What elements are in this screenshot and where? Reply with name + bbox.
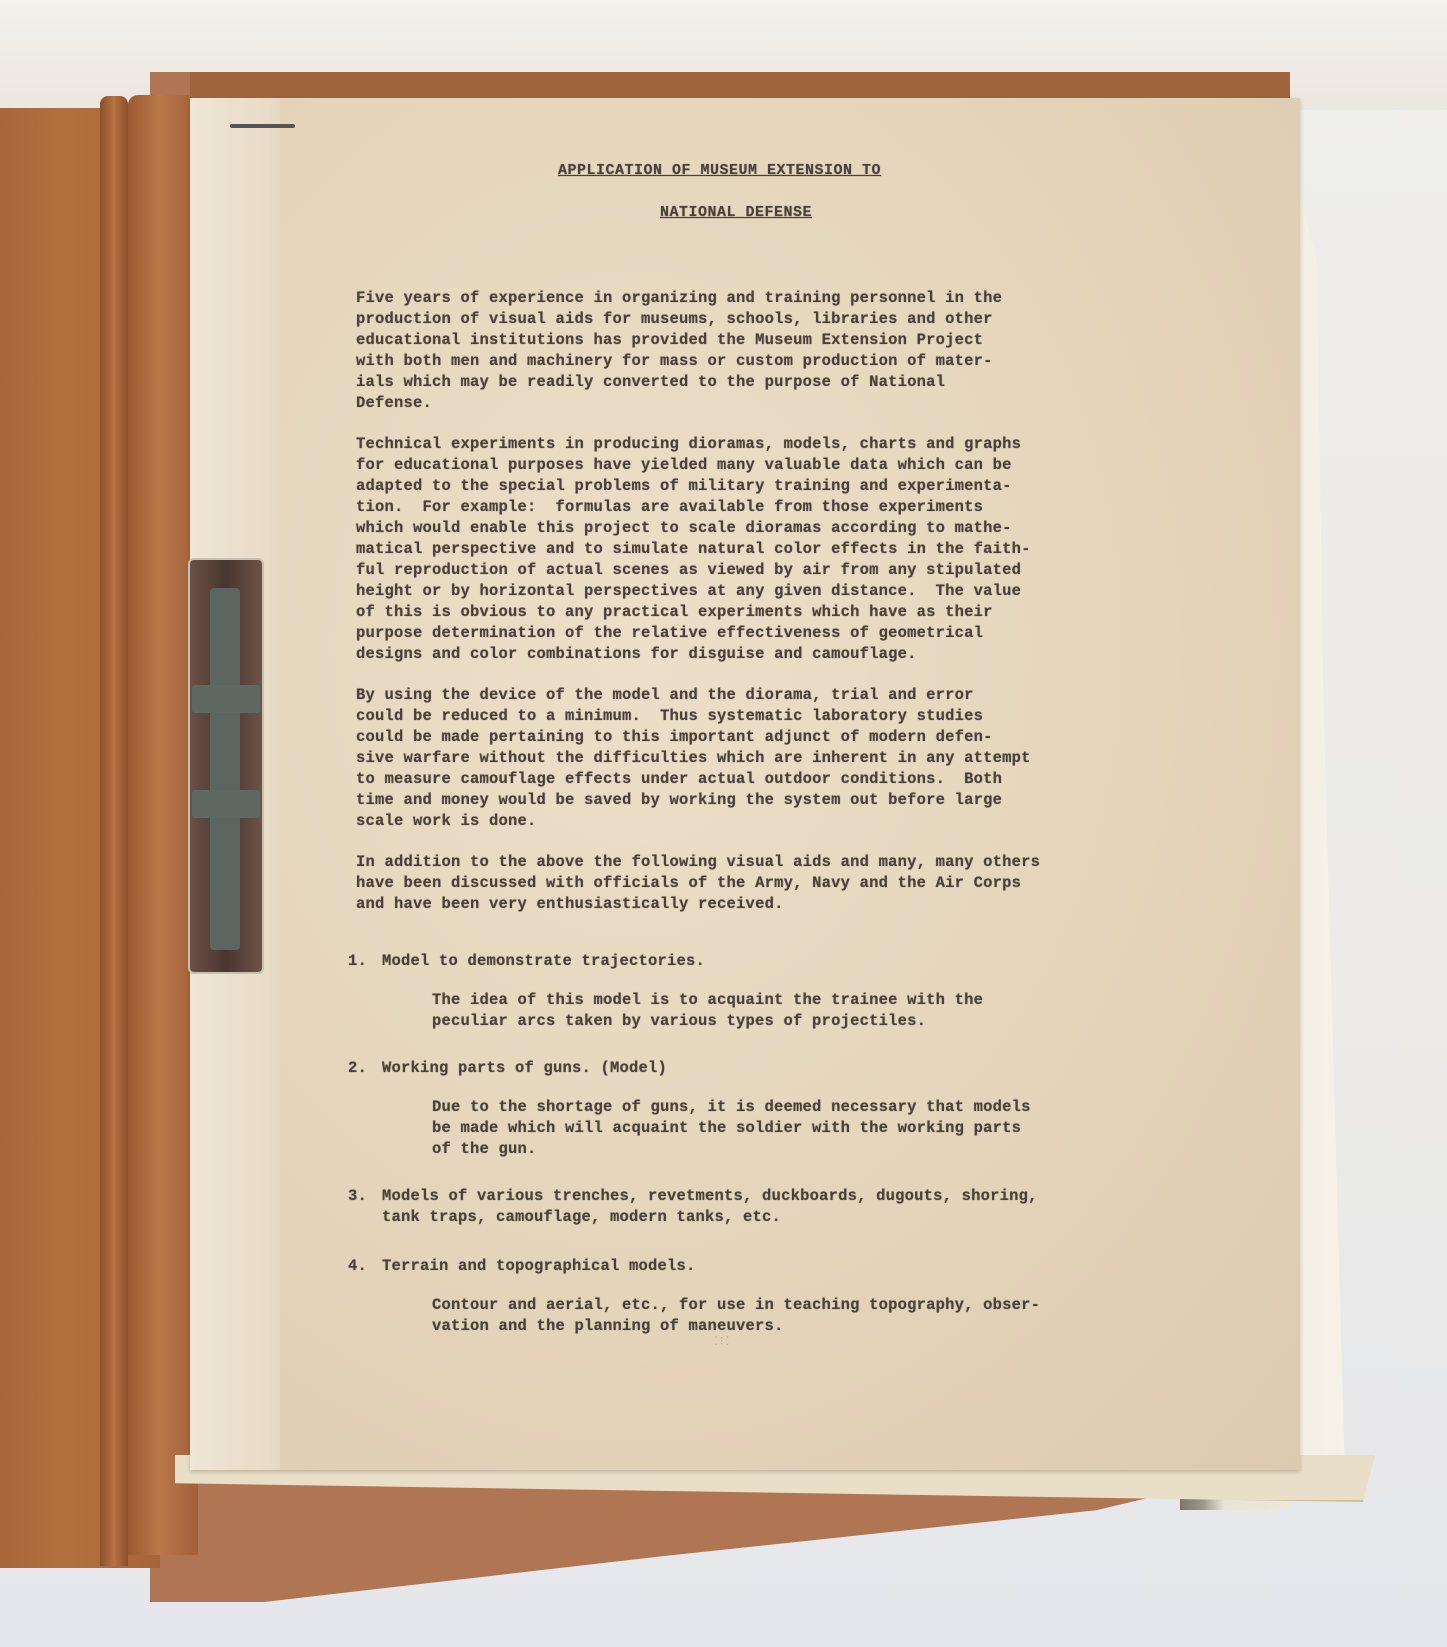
list-item-heading: tank traps, camouflage, modern tanks, et… bbox=[382, 1207, 781, 1228]
paragraph-line: ials which may be readily converted to t… bbox=[356, 372, 945, 393]
paragraph-line: In addition to the above the following v… bbox=[356, 852, 1040, 873]
paragraph-line: tion. For example: formulas are availabl… bbox=[356, 497, 983, 518]
list-item-heading: Working parts of guns. (Model) bbox=[382, 1058, 667, 1079]
list-item-number: 4. bbox=[348, 1256, 367, 1277]
list-item-body: of the gun. bbox=[432, 1139, 537, 1160]
list-item-body: be made which will acquaint the soldier … bbox=[432, 1118, 1021, 1139]
list-item-body: The idea of this model is to acquaint th… bbox=[432, 990, 983, 1011]
paragraph-line: educational institutions has provided th… bbox=[356, 330, 983, 351]
paragraph-line: could be made pertaining to this importa… bbox=[356, 727, 993, 748]
paragraph-line: for educational purposes have yielded ma… bbox=[356, 455, 1012, 476]
paragraph-line: which would enable this project to scale… bbox=[356, 518, 1012, 539]
list-item-body: Due to the shortage of guns, it is deeme… bbox=[432, 1097, 1031, 1118]
staple-icon bbox=[230, 124, 295, 128]
list-item-number: 2. bbox=[348, 1058, 367, 1079]
paragraph-line: production of visual aids for museums, s… bbox=[356, 309, 993, 330]
binder-clip-band bbox=[192, 685, 260, 713]
paragraph-line: Five years of experience in organizing a… bbox=[356, 288, 1002, 309]
perforation-mark: ⁚⁝⁚ bbox=[714, 1334, 731, 1349]
list-item-heading: Terrain and topographical models. bbox=[382, 1256, 696, 1277]
paragraph-line: and have been very enthusiastically rece… bbox=[356, 894, 784, 915]
list-item-body: Contour and aerial, etc., for use in tea… bbox=[432, 1295, 1040, 1316]
binder-clip bbox=[188, 558, 264, 974]
list-item-heading: Models of various trenches, revetments, … bbox=[382, 1186, 1038, 1207]
paragraph-line: designs and color combinations for disgu… bbox=[356, 644, 917, 665]
paragraph-line: with both men and machinery for mass or … bbox=[356, 351, 993, 372]
paragraph-line: scale work is done. bbox=[356, 811, 537, 832]
paragraph-line: Defense. bbox=[356, 393, 432, 414]
paragraph-line: time and money would be saved by working… bbox=[356, 790, 1002, 811]
document-title-line-2: NATIONAL DEFENSE bbox=[660, 202, 812, 223]
paragraph-line: of this is obvious to any practical expe… bbox=[356, 602, 993, 623]
paragraph-line: matical perspective and to simulate natu… bbox=[356, 539, 1031, 560]
paragraph-line: By using the device of the model and the… bbox=[356, 685, 974, 706]
folder-spine-fold bbox=[100, 96, 128, 1566]
paragraph-line: have been discussed with officials of th… bbox=[356, 873, 1021, 894]
list-item-body: peculiar arcs taken by various types of … bbox=[432, 1011, 926, 1032]
paragraph-line: adapted to the special problems of milit… bbox=[356, 476, 1012, 497]
list-item-number: 1. bbox=[348, 951, 367, 972]
paragraph-line: purpose determination of the relative ef… bbox=[356, 623, 983, 644]
binder-clip-prong bbox=[210, 588, 240, 950]
paragraph-line: height or by horizontal perspectives at … bbox=[356, 581, 1021, 602]
paragraph-line: Technical experiments in producing diora… bbox=[356, 434, 1021, 455]
binder-clip-band bbox=[192, 790, 260, 818]
paragraph-line: could be reduced to a minimum. Thus syst… bbox=[356, 706, 983, 727]
paragraph-line: to measure camouflage effects under actu… bbox=[356, 769, 1002, 790]
list-item-heading: Model to demonstrate trajectories. bbox=[382, 951, 705, 972]
list-item-number: 3. bbox=[348, 1186, 367, 1207]
paragraph-line: sive warfare without the difficulties wh… bbox=[356, 748, 1031, 769]
document-title-line-1: APPLICATION OF MUSEUM EXTENSION TO bbox=[558, 160, 881, 181]
typed-page: APPLICATION OF MUSEUM EXTENSION TO NATIO… bbox=[190, 98, 1300, 1470]
paragraph-line: ful reproduction of actual scenes as vie… bbox=[356, 560, 1021, 581]
